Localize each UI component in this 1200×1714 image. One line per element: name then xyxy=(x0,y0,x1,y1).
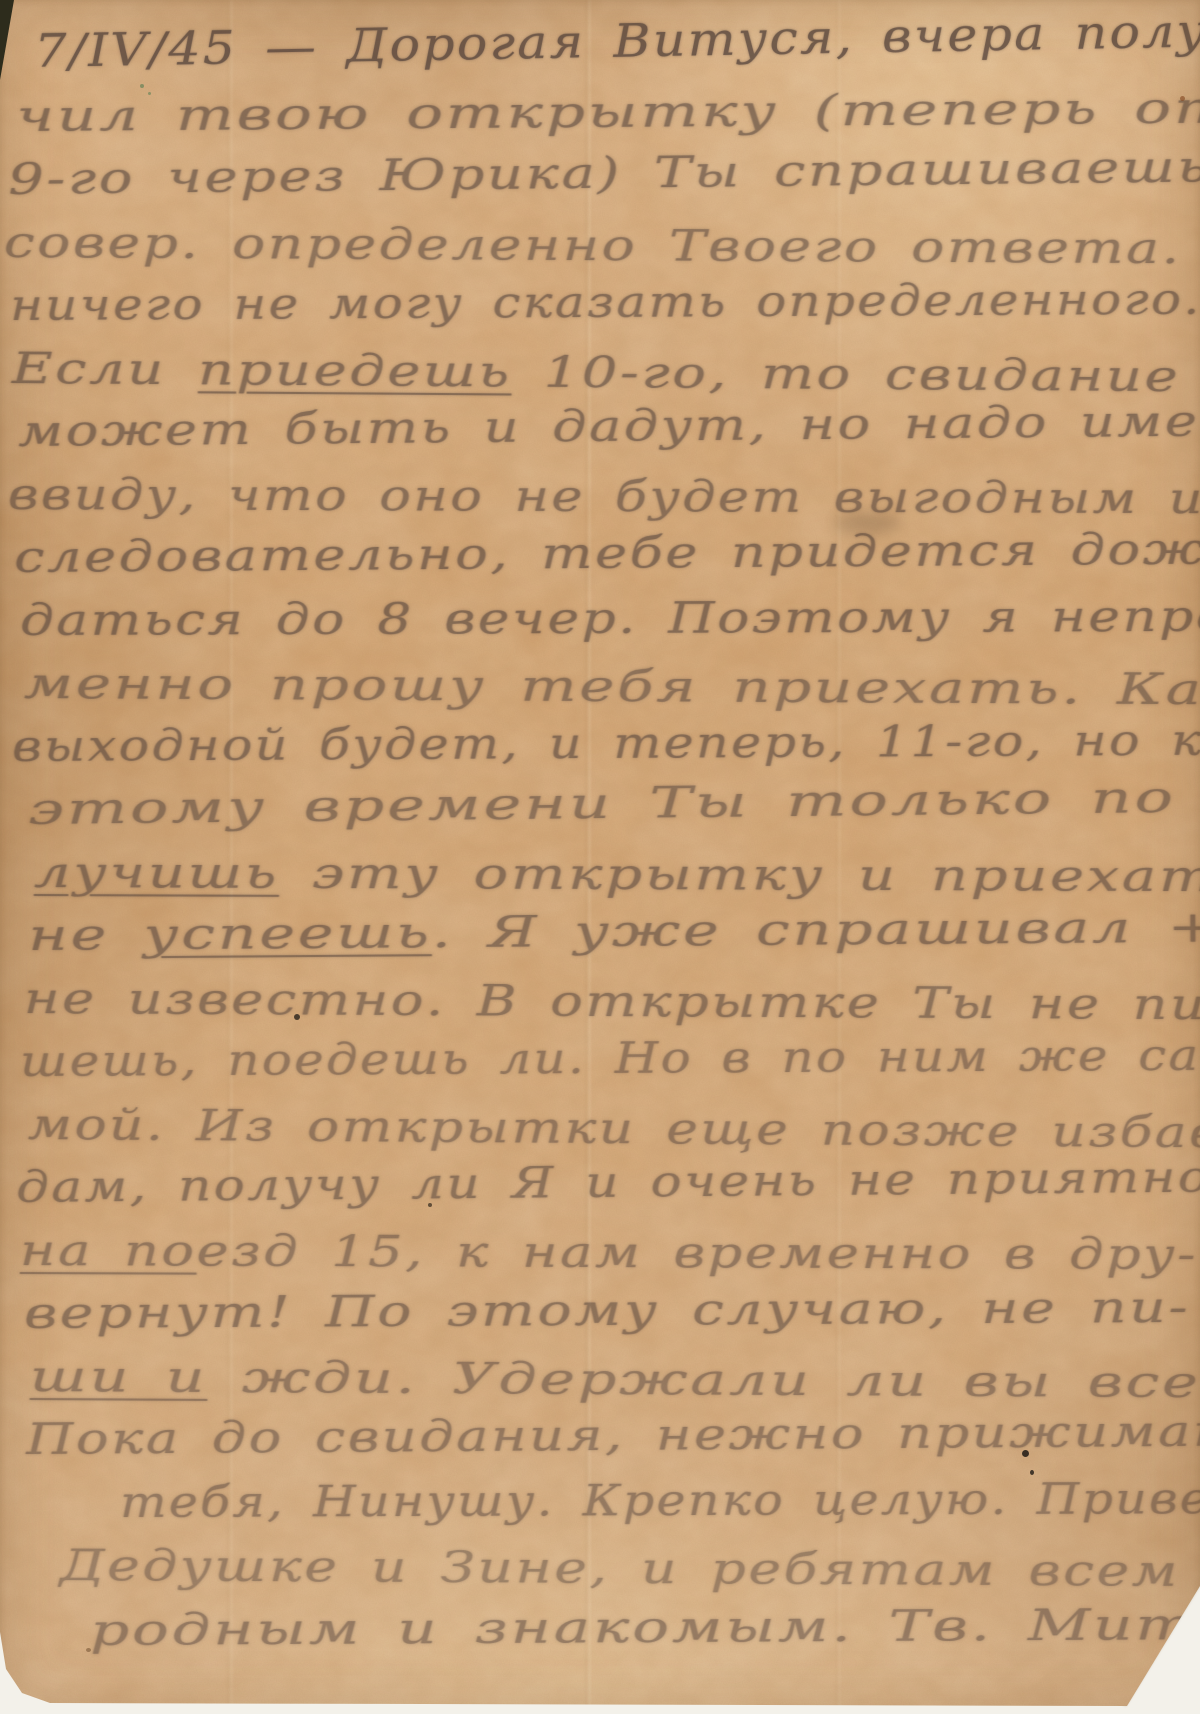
handwriting-line: этому времени Ты только по xyxy=(28,773,1176,835)
handwriting-line: дам, получу ли Я и очень не приятно xyxy=(16,1153,1200,1213)
handwriting-line: Если приедешь 10-го, то свидание xyxy=(12,344,1181,402)
handwriting-line: не известно. В открытке Ты не пи- xyxy=(24,974,1200,1030)
handwriting-line: на поезд 15, к нам временно в дру- xyxy=(20,1226,1198,1280)
handwriting-line: Дедушке и Зине, и ребятам всем xyxy=(60,1541,1180,1597)
handwriting-line: следовательно, тебе придется дожи xyxy=(14,524,1200,583)
handwriting-line: вернут! По этому случаю, не пи- xyxy=(24,1283,1190,1339)
handwriting-line: даться до 8 вечер. Поэтому я непре- xyxy=(20,592,1200,646)
scanned-letter-page: { "page": { "width": 1200, "height": 171… xyxy=(0,0,1200,1714)
handwriting-line: ничего не могу сказать определенного. xyxy=(10,275,1200,331)
handwriting-line: 7/IV/45 — Дорогая Витуся, вчера полу xyxy=(34,4,1200,78)
handwriting-line: шешь, поедешь ли. Но в по ним же са- xyxy=(20,1031,1200,1087)
handwriting-line: ввиду, что оно не будет выгодным и, xyxy=(8,470,1200,524)
handwriting-line: не успеешь. Я уже спрашивал + xyxy=(28,903,1200,961)
handwriting-line: 9-го через Юрика) Ты спрашиваешь xyxy=(8,142,1200,205)
handwriting-line: может быть и дадут, но надо иметь xyxy=(18,396,1200,457)
handwriting-line: родным и знакомым. Тв. Митя xyxy=(90,1600,1200,1656)
handwriting-line: ши и жди. Удержали ли вы все xyxy=(30,1352,1200,1408)
handwriting-layer: 7/IV/45 — Дорогая Витуся, вчера получил … xyxy=(0,0,1200,1714)
handwriting-line: лучишь эту открытку и приехать xyxy=(34,848,1200,902)
handwriting-line: совер. определенно Твоего ответа. xyxy=(4,218,1182,274)
handwriting-line: мой. Из открытки еще позже избав- xyxy=(28,1100,1200,1158)
handwriting-line: менно прошу тебя приехать. Как xyxy=(24,659,1200,715)
handwriting-line: чил твою открытку (теперь от 16. xyxy=(16,83,1200,142)
handwriting-line: выходной будет, и теперь, 11-го, но к xyxy=(12,716,1200,772)
letter-paper: 7/IV/45 — Дорогая Витуся, вчера получил … xyxy=(0,0,1200,1714)
handwriting-line: тебя, Нинушу. Крепко целую. Привет xyxy=(120,1474,1200,1528)
handwriting-line: Пока до свидания, нежно прижимаю xyxy=(26,1407,1200,1465)
